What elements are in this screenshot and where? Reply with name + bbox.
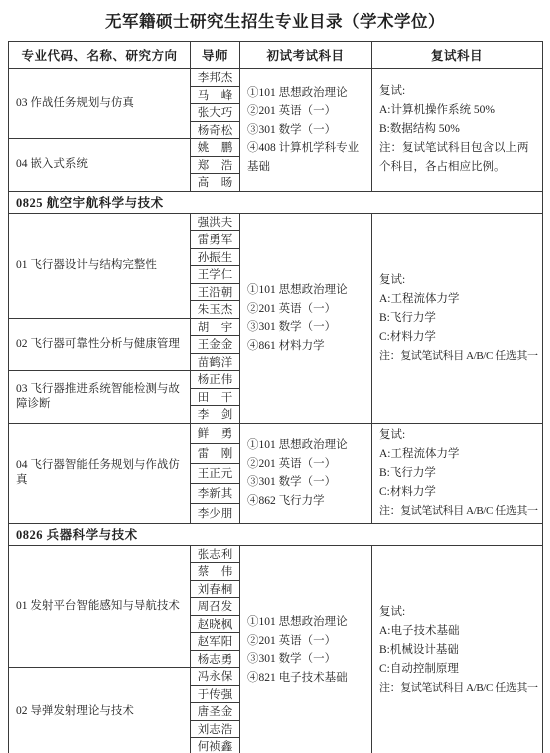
exam-subject-line: ④408 计算机学科专业基础: [247, 139, 367, 176]
catalog-table-body: 03 作战任务规划与仿真李邦杰①101 思想政治理论②201 英语（一）③301…: [9, 69, 543, 753]
advisor-name-cell: 李新其: [191, 483, 240, 503]
col-header-initial-exam: 初试考试科目: [240, 42, 372, 69]
advisor-name-cell: 李少朋: [191, 503, 240, 523]
retest-subject-line: A:电子技术基础: [379, 622, 539, 641]
advisor-name-cell: 杨志勇: [191, 650, 240, 668]
research-direction-cell: 02 飞行器可靠性分析与健康管理: [9, 318, 191, 371]
retest-subject-line: B:飞行力学: [379, 309, 539, 328]
advisor-name-cell: 张大巧: [191, 104, 240, 122]
advisor-name-cell: 马 峰: [191, 86, 240, 104]
advisor-name-cell: 唐圣金: [191, 703, 240, 721]
retest-subject-line: B:数据结构 50%: [379, 120, 539, 139]
retest-subject-cell: 复试:A:工程流体力学B:飞行力学C:材料力学注：复试笔试科目 A/B/C 任选…: [372, 423, 543, 523]
research-direction-cell: 01 发射平台智能感知与导航技术: [9, 545, 191, 668]
initial-exam-cell: ①101 思想政治理论②201 英语（一）③301 数学（一）④862 飞行力学: [240, 423, 372, 523]
retest-subject-cell: 复试:A:电子技术基础B:机械设计基础C:自动控制原理注：复试笔试科目 A/B/…: [372, 545, 543, 753]
advisor-name-cell: 孙振生: [191, 248, 240, 266]
exam-subject-line: ③301 数学（一）: [247, 318, 367, 337]
section-code-header: 0825 航空宇航科学与技术: [9, 191, 543, 213]
table-row: 01 发射平台智能感知与导航技术张志利①101 思想政治理论②201 英语（一）…: [9, 545, 543, 563]
exam-subject-line: ①101 思想政治理论: [247, 613, 367, 632]
exam-subject-line: ④861 材料力学: [247, 337, 367, 356]
exam-subject-line: ①101 思想政治理论: [247, 281, 367, 300]
table-row: 03 作战任务规划与仿真李邦杰①101 思想政治理论②201 英语（一）③301…: [9, 69, 543, 87]
advisor-name-cell: 姚 鹏: [191, 139, 240, 157]
advisor-name-cell: 高 旸: [191, 174, 240, 192]
col-header-advisor: 导师: [191, 42, 240, 69]
research-direction-cell: 01 飞行器设计与结构完整性: [9, 213, 191, 318]
advisor-name-cell: 于传强: [191, 685, 240, 703]
retest-subject-line: 复试:: [379, 603, 539, 622]
section-header-row: 0826 兵器科学与技术: [9, 523, 543, 545]
retest-subject-cell: 复试:A:工程流体力学B:飞行力学C:材料力学注：复试笔试科目 A/B/C 任选…: [372, 213, 543, 423]
col-header-major: 专业代码、名称、研究方向: [9, 42, 191, 69]
exam-subject-line: ①101 思想政治理论: [247, 436, 367, 455]
exam-subject-line: ②201 英语（一）: [247, 632, 367, 651]
retest-subject-line: 复试:: [379, 271, 539, 290]
advisor-name-cell: 雷勇军: [191, 231, 240, 249]
advisor-name-cell: 强洪夫: [191, 213, 240, 231]
initial-exam-cell: ①101 思想政治理论②201 英语（一）③301 数学（一）④821 电子技术…: [240, 545, 372, 753]
advisor-name-cell: 李 剑: [191, 406, 240, 424]
research-direction-cell: 03 飞行器推进系统智能检测与故障诊断: [9, 371, 191, 424]
advisor-name-cell: 郑 浩: [191, 156, 240, 174]
advisor-name-cell: 胡 宇: [191, 318, 240, 336]
exam-subject-line: ③301 数学（一）: [247, 473, 367, 492]
retest-subject-line: A:工程流体力学: [379, 445, 539, 464]
advisor-name-cell: 张志利: [191, 545, 240, 563]
retest-subject-line: B:机械设计基础: [379, 641, 539, 660]
page-title: 无军籍硕士研究生招生专业目录（学术学位）: [8, 8, 542, 32]
advisor-name-cell: 刘志浩: [191, 720, 240, 738]
retest-subject-line: C:材料力学: [379, 328, 539, 347]
table-header-row: 专业代码、名称、研究方向 导师 初试考试科目 复试科目: [9, 42, 543, 69]
exam-subject-line: ②201 英语（一）: [247, 300, 367, 319]
advisor-name-cell: 雷 刚: [191, 443, 240, 463]
retest-subject-line: C:材料力学: [379, 483, 539, 502]
retest-subject-line: A:工程流体力学: [379, 290, 539, 309]
advisor-name-cell: 赵晓枫: [191, 615, 240, 633]
advisor-name-cell: 王正元: [191, 463, 240, 483]
exam-subject-line: ④862 飞行力学: [247, 492, 367, 511]
exam-subject-line: ①101 思想政治理论: [247, 84, 367, 103]
advisor-name-cell: 杨奇松: [191, 121, 240, 139]
section-code-header: 0826 兵器科学与技术: [9, 523, 543, 545]
research-direction-cell: 02 导弹发射理论与技术: [9, 668, 191, 753]
advisor-name-cell: 何祯鑫: [191, 738, 240, 753]
advisor-name-cell: 田 干: [191, 388, 240, 406]
advisor-name-cell: 王沿朝: [191, 283, 240, 301]
advisor-name-cell: 赵军阳: [191, 633, 240, 651]
advisor-name-cell: 鲜 勇: [191, 423, 240, 443]
advisor-name-cell: 朱玉杰: [191, 301, 240, 319]
retest-subject-line: 注：复试笔试科目 A/B/C 任选其一: [379, 347, 539, 366]
initial-exam-cell: ①101 思想政治理论②201 英语（一）③301 数学（一）④861 材料力学: [240, 213, 372, 423]
initial-exam-cell: ①101 思想政治理论②201 英语（一）③301 数学（一）④408 计算机学…: [240, 69, 372, 192]
retest-subject-line: B:飞行力学: [379, 464, 539, 483]
research-direction-cell: 03 作战任务规划与仿真: [9, 69, 191, 139]
advisor-name-cell: 王学仁: [191, 266, 240, 284]
retest-subject-line: 复试:: [379, 82, 539, 101]
document-page: 无军籍硕士研究生招生专业目录（学术学位） 专业代码、名称、研究方向 导师 初试考…: [0, 0, 550, 753]
retest-subject-cell: 复试:A:计算机操作系统 50%B:数据结构 50%注：复试笔试科目包含以上两个…: [372, 69, 543, 192]
advisor-name-cell: 冯永保: [191, 668, 240, 686]
retest-subject-line: 注：复试笔试科目包含以上两个科目，各占相应比例。: [379, 139, 539, 177]
advisor-name-cell: 苗鹤洋: [191, 353, 240, 371]
advisor-name-cell: 蔡 伟: [191, 563, 240, 581]
exam-subject-line: ③301 数学（一）: [247, 650, 367, 669]
advisor-name-cell: 杨正伟: [191, 371, 240, 389]
research-direction-cell: 04 嵌入式系统: [9, 139, 191, 192]
retest-subject-line: C:自动控制原理: [379, 660, 539, 679]
table-row: 01 飞行器设计与结构完整性强洪夫①101 思想政治理论②201 英语（一）③3…: [9, 213, 543, 231]
exam-subject-line: ②201 英语（一）: [247, 455, 367, 474]
research-direction-cell: 04 飞行器智能任务规划与作战仿真: [9, 423, 191, 523]
retest-subject-line: A:计算机操作系统 50%: [379, 101, 539, 120]
exam-subject-line: ③301 数学（一）: [247, 121, 367, 140]
col-header-retest: 复试科目: [372, 42, 543, 69]
admissions-catalog-table: 专业代码、名称、研究方向 导师 初试考试科目 复试科目 03 作战任务规划与仿真…: [8, 41, 543, 753]
exam-subject-line: ④821 电子技术基础: [247, 669, 367, 688]
advisor-name-cell: 刘春桐: [191, 580, 240, 598]
retest-subject-line: 复试:: [379, 426, 539, 445]
advisor-name-cell: 周召发: [191, 598, 240, 616]
retest-subject-line: 注：复试笔试科目 A/B/C 任选其一: [379, 679, 539, 698]
retest-subject-line: 注：复试笔试科目 A/B/C 任选其一: [379, 502, 539, 521]
section-header-row: 0825 航空宇航科学与技术: [9, 191, 543, 213]
advisor-name-cell: 李邦杰: [191, 69, 240, 87]
advisor-name-cell: 王金金: [191, 336, 240, 354]
table-row: 04 飞行器智能任务规划与作战仿真鲜 勇①101 思想政治理论②201 英语（一…: [9, 423, 543, 443]
exam-subject-line: ②201 英语（一）: [247, 102, 367, 121]
